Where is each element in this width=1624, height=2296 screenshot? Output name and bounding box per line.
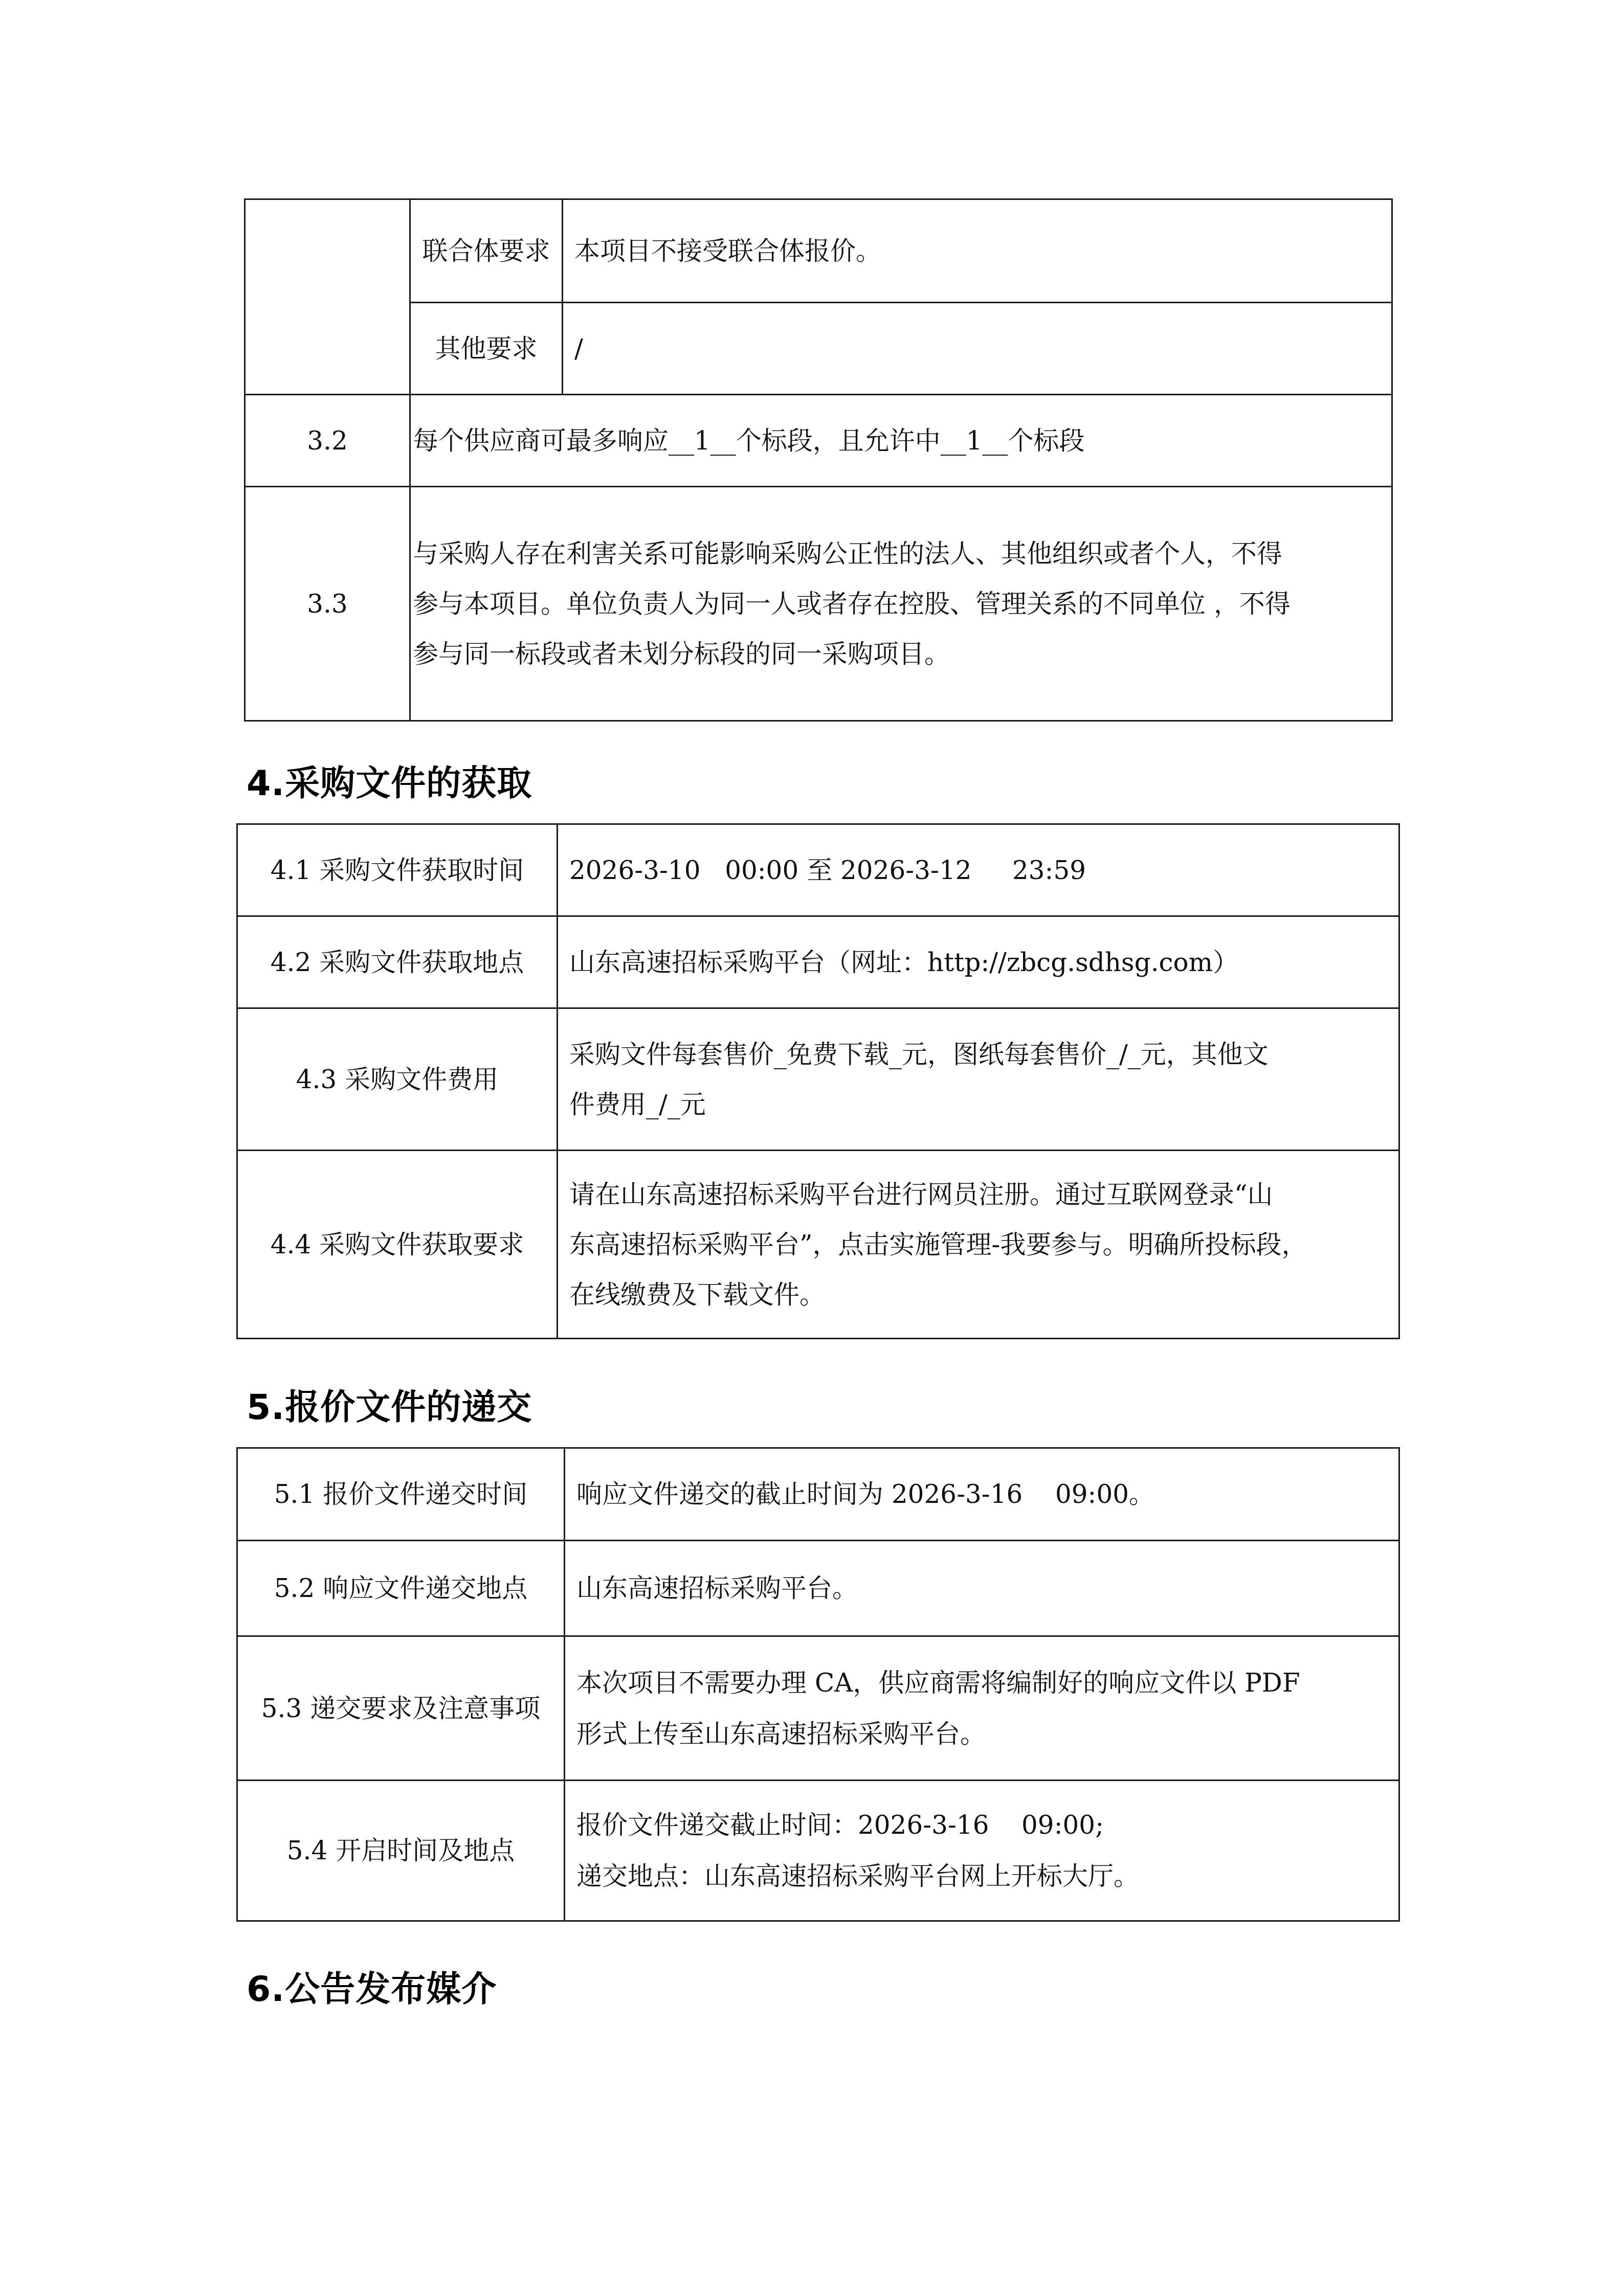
- row-value: 请在山东高速招标采购平台进行网员注册。通过互联网登录“山 东高速招标采购平台”，…: [558, 1151, 1399, 1339]
- row-number: 3.2: [245, 395, 410, 487]
- text-line: 与采购人存在利害关系可能影响采购公正性的法人、其他组织或者个人，不得: [413, 529, 1386, 579]
- table-row: 联合体要求 本项目不接受联合体报价。: [245, 199, 1392, 303]
- table-row: 5.4 开启时间及地点 报价文件递交截止时间：2026-3-16 09:00; …: [237, 1781, 1399, 1921]
- table-row: 3.3 与采购人存在利害关系可能影响采购公正性的法人、其他组织或者个人，不得 参…: [245, 487, 1392, 721]
- row-value: 本项目不接受联合体报价。: [563, 199, 1392, 303]
- table-row: 4.3 采购文件费用 采购文件每套售价_免费下载_元，图纸每套售价_/_元，其他…: [237, 1008, 1399, 1151]
- row-value: 与采购人存在利害关系可能影响采购公正性的法人、其他组织或者个人，不得 参与本项目…: [410, 487, 1392, 721]
- row-label: 5.2 响应文件递交地点: [237, 1541, 565, 1636]
- table-row: 4.2 采购文件获取地点 山东高速招标采购平台（网址：http://zbcg.s…: [237, 916, 1399, 1008]
- section-heading-6: 6.公告发布媒介: [247, 1962, 497, 2011]
- text-line: 在线缴费及下载文件。: [569, 1270, 1393, 1320]
- text-line: 参与同一标段或者未划分标段的同一采购项目。: [413, 629, 1386, 679]
- row-label: 联合体要求: [410, 199, 563, 303]
- row-label: 4.2 采购文件获取地点: [237, 916, 558, 1008]
- row-label: 4.1 采购文件获取时间: [237, 824, 558, 916]
- row-label: 5.3 递交要求及注意事项: [237, 1636, 565, 1781]
- row-value: 每个供应商可最多响应__1__个标段，且允许中__1__个标段: [410, 395, 1392, 487]
- table-row: 5.2 响应文件递交地点 山东高速招标采购平台。: [237, 1541, 1399, 1636]
- row-value: 2026-3-10 00:00 至 2026-3-12 23:59: [558, 824, 1399, 916]
- table-row: 3.2 每个供应商可最多响应__1__个标段，且允许中__1__个标段: [245, 395, 1392, 487]
- text-line: 采购文件每套售价_免费下载_元，图纸每套售价_/_元，其他文: [569, 1029, 1393, 1079]
- text-line: 报价文件递交截止时间：2026-3-16 09:00;: [576, 1799, 1393, 1851]
- table-row: 4.1 采购文件获取时间 2026-3-10 00:00 至 2026-3-12…: [237, 824, 1399, 916]
- row-label: 5.4 开启时间及地点: [237, 1781, 565, 1921]
- row-number: 3.3: [245, 487, 410, 721]
- text-line: 本次项目不需要办理 CA，供应商需将编制好的响应文件以 PDF: [576, 1657, 1393, 1708]
- row-value: 报价文件递交截止时间：2026-3-16 09:00; 递交地点：山东高速招标采…: [565, 1781, 1399, 1921]
- section5-submission-table: 5.1 报价文件递交时间 响应文件递交的截止时间为 2026-3-16 09:0…: [236, 1447, 1400, 1922]
- text-line: 形式上传至山东高速招标采购平台。: [576, 1708, 1393, 1760]
- row-value: 本次项目不需要办理 CA，供应商需将编制好的响应文件以 PDF 形式上传至山东高…: [565, 1636, 1399, 1781]
- row-label: 4.3 采购文件费用: [237, 1008, 558, 1151]
- text-line: 递交地点：山东高速招标采购平台网上开标大厅。: [576, 1851, 1393, 1902]
- row-value: 山东高速招标采购平台。: [565, 1541, 1399, 1636]
- section-heading-5: 5.报价文件的递交: [247, 1380, 532, 1429]
- row-label: 5.1 报价文件递交时间: [237, 1448, 565, 1541]
- table-row: 5.3 递交要求及注意事项 本次项目不需要办理 CA，供应商需将编制好的响应文件…: [237, 1636, 1399, 1781]
- row-value: 采购文件每套售价_免费下载_元，图纸每套售价_/_元，其他文 件费用_/_元: [558, 1008, 1399, 1151]
- row-value: 山东高速招标采购平台（网址：http://zbcg.sdhsg.com）: [558, 916, 1399, 1008]
- table-row: 5.1 报价文件递交时间 响应文件递交的截止时间为 2026-3-16 09:0…: [237, 1448, 1399, 1541]
- section-heading-4: 4.采购文件的获取: [247, 756, 532, 805]
- row-value: /: [563, 303, 1392, 395]
- text-line: 参与本项目。单位负责人为同一人或者存在控股、管理关系的不同单位 ，不得: [413, 579, 1386, 629]
- row-label: 4.4 采购文件获取要求: [237, 1151, 558, 1339]
- row-value: 响应文件递交的截止时间为 2026-3-16 09:00。: [565, 1448, 1399, 1541]
- merged-empty-cell: [245, 199, 410, 395]
- text-line: 件费用_/_元: [569, 1079, 1393, 1130]
- row-label: 其他要求: [410, 303, 563, 395]
- section3-requirements-table: 联合体要求 本项目不接受联合体报价。 其他要求 / 3.2 每个供应商可最多响应…: [244, 198, 1393, 722]
- text-line: 东高速招标采购平台”，点击实施管理-我要参与。明确所投标段，: [569, 1220, 1393, 1270]
- table-row: 4.4 采购文件获取要求 请在山东高速招标采购平台进行网员注册。通过互联网登录“…: [237, 1151, 1399, 1339]
- section4-acquisition-table: 4.1 采购文件获取时间 2026-3-10 00:00 至 2026-3-12…: [236, 823, 1400, 1339]
- table-row: 其他要求 /: [245, 303, 1392, 395]
- text-line: 请在山东高速招标采购平台进行网员注册。通过互联网登录“山: [569, 1169, 1393, 1220]
